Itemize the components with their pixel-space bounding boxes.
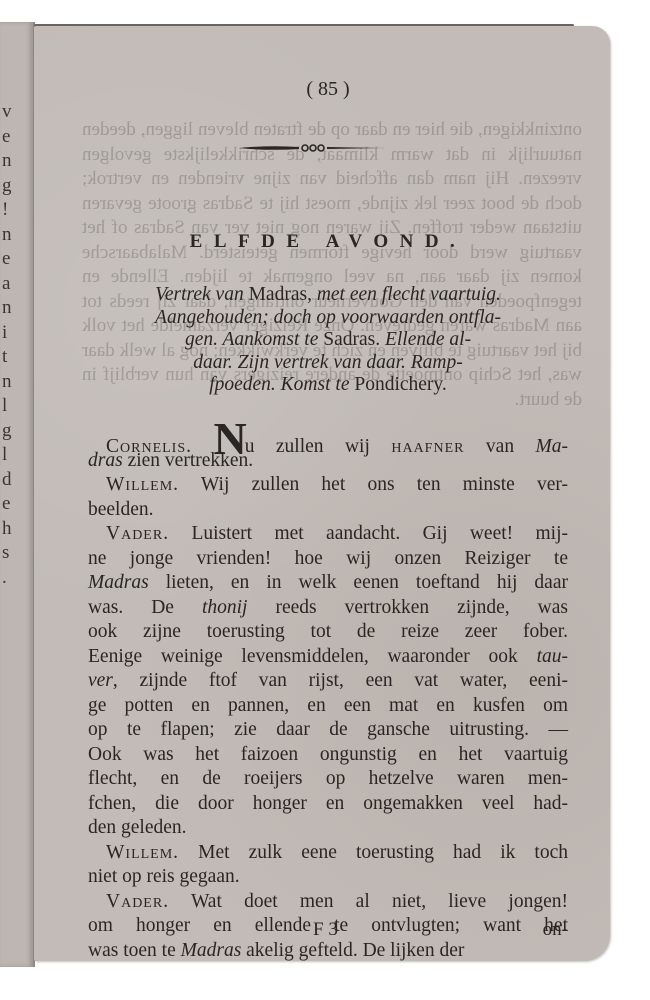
glyph-fragment xyxy=(2,786,20,811)
glyph-fragment xyxy=(2,713,20,738)
summary-line: Vertrek van Madras, met een flecht vaart… xyxy=(118,284,538,307)
glyph-fragment: i xyxy=(2,321,20,346)
speaker-name: Vader. xyxy=(106,891,169,912)
glyph-fragment xyxy=(2,811,20,836)
text: zien vertrekken. xyxy=(123,450,253,471)
glyph-fragment: h xyxy=(2,517,20,542)
speaker-name: Willem. xyxy=(106,842,179,863)
glyph-fragment: s xyxy=(2,541,20,566)
glyph-fragment: v xyxy=(2,100,20,125)
ornament-divider-icon xyxy=(239,144,385,152)
summary-italic: gen. Aankomst te xyxy=(185,329,323,350)
italic-word: tau- xyxy=(537,646,568,667)
text-line: Willem. Wij zullen het ons ten minste ve… xyxy=(88,473,568,498)
text-line: Cornelis. Nu zullen wij haafner van Ma- xyxy=(88,424,568,449)
text: op te flapen; zie daar de gansche uitrus… xyxy=(88,719,568,740)
glyph-fragment xyxy=(2,933,20,958)
glyph-fragment: n xyxy=(2,223,20,248)
italic-word: Madras xyxy=(88,572,149,593)
text-line: Madras lieten, en in welk eenen toeftand… xyxy=(88,571,568,596)
glyph-fragment: ! xyxy=(2,198,20,223)
summary-line: daar. Zijn vertrek van daar. Ramp- xyxy=(118,352,538,375)
summary-italic: fpoeden. Komst te xyxy=(209,374,354,395)
glyph-fragment: . xyxy=(2,566,20,591)
summary-line: Aangehouden; doch op voorwaarden ontfla- xyxy=(118,307,538,330)
chapter-title: ELFDE AVOND. xyxy=(88,231,568,253)
summary-italic: daar. Zijn vertrek van daar. Ramp- xyxy=(193,352,463,373)
small-caps-name: haafner xyxy=(391,436,464,457)
signature-mark: F 3 xyxy=(313,919,338,941)
text-line: beelden. xyxy=(88,498,568,523)
text: van xyxy=(464,436,535,457)
summary-italic: Vertrek van xyxy=(155,284,249,305)
text-line: Ook was het faizoen ongunstig en het vaa… xyxy=(88,743,568,768)
glyph-fragment xyxy=(2,762,20,787)
glyph-fragment xyxy=(2,664,20,689)
glyph-fragment: e xyxy=(2,492,20,517)
text-line: was. De thonij reeds vertrokken zijnde, … xyxy=(88,596,568,621)
text: ne jonge vrienden! hoe wij onzen Reizige… xyxy=(88,548,568,569)
chapter-summary: Vertrek van Madras, met een flecht vaart… xyxy=(118,284,538,397)
glyph-fragment xyxy=(2,909,20,934)
glyph-fragment: n xyxy=(2,149,20,174)
text: flecht, en de roeijers op hetzelve waren… xyxy=(88,768,568,789)
text: Wij zullen het ons ten minste ver- xyxy=(201,474,568,495)
speaker-name: Vader. xyxy=(106,523,169,544)
text-line: flecht, en de roeijers op hetzelve waren… xyxy=(88,767,568,792)
text: fchen, die door honger en ongemakken vee… xyxy=(88,793,568,814)
text: was. De xyxy=(88,597,202,618)
italic-word: thonij xyxy=(202,597,248,618)
text-line: Vader. Luistert met aandacht. Gij weet! … xyxy=(88,522,568,547)
text: ge potten en pannen, en een mat en kusfe… xyxy=(88,695,568,716)
glyph-fragment xyxy=(2,590,20,615)
book-page: ontzinkkigen, die hier en daar op de ftr… xyxy=(34,26,610,961)
glyph-fragment: . xyxy=(2,958,20,968)
summary-italic: , met een flecht vaartuig. xyxy=(307,284,501,305)
text-line: op te flapen; zie daar de gansche uitrus… xyxy=(88,718,568,743)
summary-line: fpoeden. Komst te Pondichery. xyxy=(118,374,538,397)
summary-place-name: Pondichery. xyxy=(354,374,446,395)
text-line: fchen, die door honger en ongemakken vee… xyxy=(88,792,568,817)
summary-place-name: Madras xyxy=(249,284,307,305)
italic-word: dras xyxy=(88,450,123,471)
glyph-fragment xyxy=(2,688,20,713)
text: u zullen wij xyxy=(245,436,392,457)
text-line: ge potten en pannen, en een mat en kusfe… xyxy=(88,694,568,719)
summary-line: gen. Aankomst te Sadras. Ellende al- xyxy=(118,329,538,352)
text-line: niet op reis gegaan. xyxy=(88,865,568,890)
page-footer: F 3 on- xyxy=(88,919,568,945)
italic-word: ver xyxy=(88,670,113,691)
glyph-fragment xyxy=(2,835,20,860)
text: beelden. xyxy=(88,499,154,520)
text: Eenige weinige levensmiddelen, waaronder… xyxy=(88,646,537,667)
glyph-fragment: n xyxy=(2,296,20,321)
summary-italic: Aangehouden; doch op voorwaarden ontfla- xyxy=(155,307,501,328)
glyph-fragment: t xyxy=(2,345,20,370)
glyph-fragment: l xyxy=(2,394,20,419)
summary-place-name: Sadras. xyxy=(323,329,380,350)
catchword: on- xyxy=(543,919,568,941)
glyph-fragment: e xyxy=(2,247,20,272)
text: den geleden. xyxy=(88,817,187,838)
glyph-fragment xyxy=(2,639,20,664)
text: Wat doet men al niet, lieve jongen! xyxy=(191,891,568,912)
text: Ook was het faizoen ongunstig en het vaa… xyxy=(88,744,568,765)
text-line: ook zijne toerusting tot de reize zeer f… xyxy=(88,620,568,645)
summary-italic: Ellende al- xyxy=(380,329,471,350)
text: , zijnde ftof van rijst, een vat water, … xyxy=(113,670,568,691)
glyph-fragment: d xyxy=(2,468,20,493)
text-line: Vader. Wat doet men al niet, lieve jonge… xyxy=(88,890,568,915)
glyph-fragment xyxy=(2,860,20,885)
glyph-fragment xyxy=(2,615,20,640)
previous-page-text-fragments: veng!neanitnlgldehs..: xyxy=(2,100,20,967)
text-line: ne jonge vrienden! hoe wij onzen Reizige… xyxy=(88,547,568,572)
glyph-fragment: a xyxy=(2,272,20,297)
text-line: den geleden. xyxy=(88,816,568,841)
text-line: Willem. Met zulk eene toerusting had ik … xyxy=(88,841,568,866)
previous-page-edge: veng!neanitnlgldehs..: xyxy=(0,22,35,967)
dialogue-body: Cornelis. Nu zullen wij haafner van Ma-d… xyxy=(88,424,568,961)
glyph-fragment: e xyxy=(2,125,20,150)
text: niet op reis gegaan. xyxy=(88,866,240,887)
page-number: ( 85 ) xyxy=(88,78,568,101)
speaker-name: Willem. xyxy=(106,474,179,495)
text-line: Eenige weinige levensmiddelen, waaronder… xyxy=(88,645,568,670)
glyph-fragment: g xyxy=(2,174,20,199)
glyph-fragment: g xyxy=(2,419,20,444)
text-line: ver, zijnde ftof van rijst, een vat wate… xyxy=(88,669,568,694)
text: Met zulk eene toerusting had ik toch xyxy=(198,842,568,863)
text: lieten, en in welk eenen toeftand hij da… xyxy=(149,572,568,593)
text: Luistert met aandacht. Gij weet! mij- xyxy=(191,523,568,544)
text: reeds vertrokken zijnde, was xyxy=(247,597,568,618)
text: ook zijne toerusting tot de reize zeer f… xyxy=(88,621,568,642)
italic-word: Ma- xyxy=(536,436,569,457)
glyph-fragment: l xyxy=(2,443,20,468)
glyph-fragment xyxy=(2,737,20,762)
glyph-fragment xyxy=(2,884,20,909)
glyph-fragment: n xyxy=(2,370,20,395)
